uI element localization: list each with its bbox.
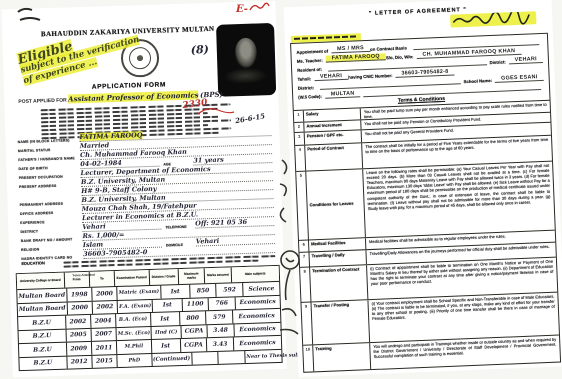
handwritten-number-8: (8): [191, 43, 209, 57]
education-table: Years Attended University College or Boa…: [16, 265, 283, 371]
highlighted-handwritten-annotation: [450, 11, 536, 27]
applicant-photo: [216, 23, 276, 97]
letter-of-agreement-page: " LETTER OF AGREEMENT " Appointment ofMS…: [284, 0, 562, 377]
photo-face: [234, 38, 257, 69]
application-form-page: BAHAUDDIN ZAKARIYA UNIVERSITY MULTAN Eli…: [1, 1, 286, 377]
handwritten-date: 26-6-15: [234, 111, 265, 125]
corner-mark: E-: [236, 2, 270, 15]
agreement-fields: Appointment ofMS / MRSon Contract Basis …: [296, 36, 544, 100]
terms-table: 1SalaryYou shall be paid lump sum pay pe…: [294, 100, 560, 372]
post-applied-value: Assistant Professor of Economics: [68, 90, 199, 103]
agreement-form-border: Appointment ofMS / MRSon Contract Basis …: [290, 33, 561, 373]
personal-details-section: NAME (IN BLOCK LETTERS)FATIMA FAROOQ MAR…: [17, 127, 275, 261]
post-applied-label: POST APPLIED FOR: [18, 98, 67, 106]
photo-glare: [223, 67, 267, 84]
term-row-leaves: 5Conditions for LeavesLeave on the follo…: [296, 162, 555, 241]
